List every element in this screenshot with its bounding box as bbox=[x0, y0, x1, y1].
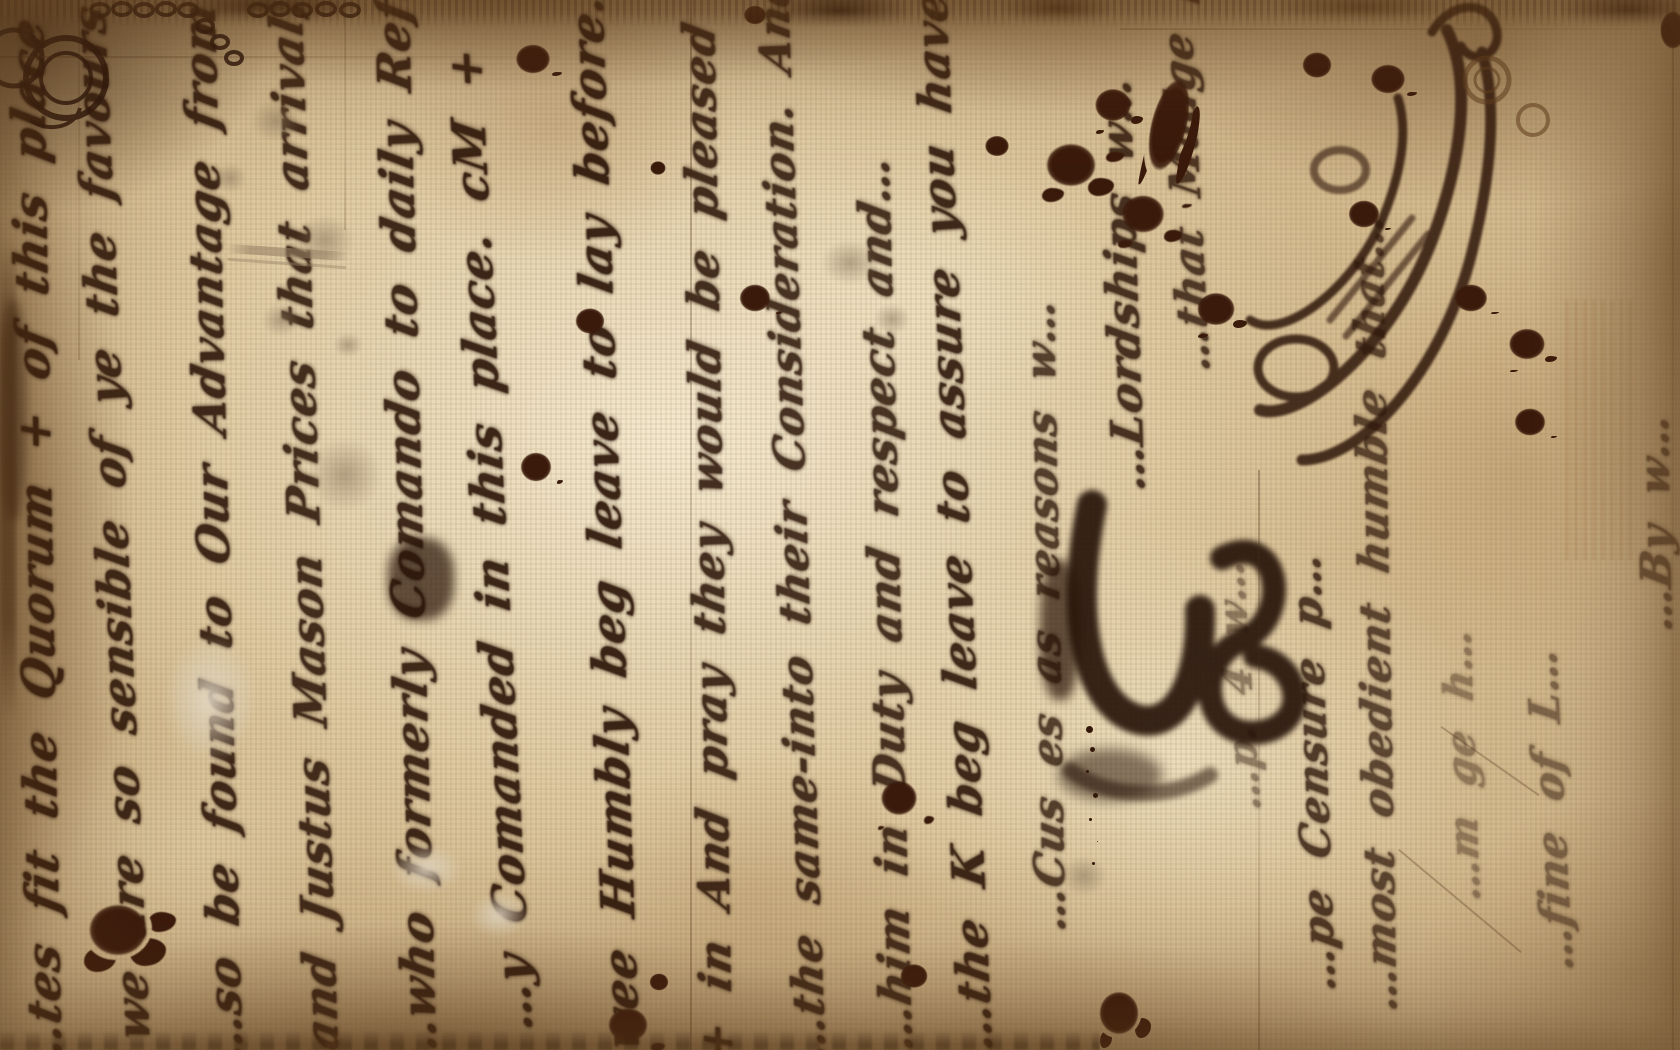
top-edge-band bbox=[0, 0, 1680, 28]
handwriting-text: …m ge h… bbox=[1434, 625, 1495, 1050]
stain bbox=[300, 430, 390, 520]
handwriting-line: …the same-into their Consideration. And … bbox=[746, 0, 842, 1050]
handwriting-line: …so be found to Our Advantage from the G… bbox=[170, 0, 259, 1050]
handwriting-text: …the same-into their Consideration. And … bbox=[743, 0, 836, 1050]
faded-stripes bbox=[1565, 300, 1635, 560]
stain bbox=[1056, 852, 1112, 900]
ink-smear bbox=[388, 538, 454, 620]
ink-smear bbox=[1040, 560, 1080, 700]
stain bbox=[815, 235, 885, 290]
bottom-edge-band bbox=[0, 1030, 1100, 1050]
stain bbox=[290, 210, 360, 270]
handwriting-line: + in And pray they would be pleased to w… bbox=[672, 0, 749, 1050]
ruled-line bbox=[0, 56, 560, 58]
pale-stain bbox=[462, 886, 536, 944]
corner-rings-ornament bbox=[1455, 48, 1565, 158]
handwriting-text: …so be found to Our Advantage from the G… bbox=[165, 0, 253, 1050]
ruled-line bbox=[1120, 28, 1680, 30]
crease-line bbox=[344, 0, 346, 230]
stain bbox=[330, 330, 366, 360]
handwriting-line: and Justus Mason Prices that arrival, fr… bbox=[256, 0, 355, 1050]
stain bbox=[246, 96, 306, 146]
splatter-dots bbox=[1086, 726, 1093, 733]
handwriting-text: wee Humbly beg leave to lay before. the … bbox=[553, 0, 650, 1050]
crease-line bbox=[1672, 0, 1674, 1050]
manuscript-page: …the of is the B……tes fit the Quorum + o… bbox=[0, 0, 1680, 1050]
crease-line bbox=[78, 0, 80, 360]
handwriting-text: …fine of L… bbox=[1518, 644, 1588, 1050]
stain bbox=[870, 300, 914, 338]
pale-stain bbox=[150, 620, 270, 780]
left-edge-band bbox=[0, 240, 16, 720]
stain bbox=[210, 160, 250, 196]
pale-stain bbox=[380, 838, 472, 900]
handwriting-line: wee Humbly beg leave to lay before. the … bbox=[556, 0, 656, 1050]
handwriting-text: and Justus Mason Prices that arrival, fr… bbox=[253, 0, 349, 1050]
handwriting-text: + in And pray they would be pleased to w… bbox=[672, 0, 744, 1050]
crease-line bbox=[1258, 470, 1260, 1050]
crease-line bbox=[690, 0, 692, 1050]
stain bbox=[258, 300, 304, 340]
